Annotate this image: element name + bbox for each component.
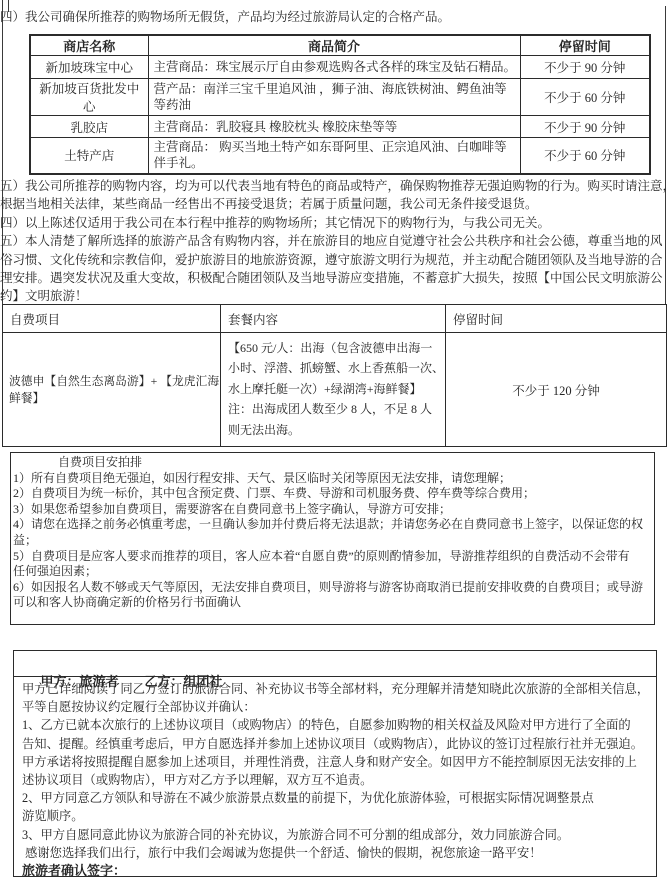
col-header-package-content: 套餐内容: [221, 305, 446, 333]
shop-name: 土特产店: [30, 138, 148, 174]
shopping-guarantee-clause: 四）我公司确保所推荐的购物场所无假货，产品均为经过旅游局认定的合格产品。: [0, 7, 450, 25]
col-header-stay-time: 停留时间: [520, 35, 650, 56]
shop-name: 乳胶店: [30, 116, 148, 138]
shop-table-row: 土特产店 主营商品： 购买当地土特产如东哥阿里、正宗追风油、白咖啡等伴手礼。 不…: [30, 138, 650, 174]
shop-table: 商店名称 商品简介 停留时间 新加坡珠宝中心 主营商品：珠宝展示厅自由参观选购各…: [29, 34, 651, 175]
col-header-product-intro: 商品简介: [148, 35, 520, 56]
stay-time: 不少于 60 分钟: [520, 138, 650, 174]
col-header-shop-name: 商店名称: [30, 35, 148, 56]
shop-products: 主营商品：珠宝展示厅自由参观选购各式各样的珠宝及钻石精品。: [148, 56, 520, 79]
shopping-notes-paragraph: 五）我公司所推荐的购物内容，均为可以代表当地有特色的商品或特产，确保购物推荐无强…: [0, 177, 670, 306]
agreement-body: 甲方已详细阅读了同乙方签订的旅游合同、补充协议书等全部材料，充分理解并清楚知晓此…: [14, 677, 656, 877]
shop-table-row: 新加坡珠宝中心 主营商品：珠宝展示厅自由参观选购各式各样的珠宝及钻石精品。 不少…: [30, 56, 650, 79]
stay-time: 不少于 90 分钟: [520, 116, 650, 138]
signature-label: 旅游者确认签字：: [22, 862, 656, 877]
stay-time: 不少于 90 分钟: [520, 56, 650, 79]
stay-time: 不少于 60 分钟: [520, 79, 650, 116]
selfpay-arrangement-title: 自费项目安拍排: [58, 455, 654, 471]
shop-products: 营产品：南洋三宝千里追风油 ，狮子油、海底铁树油、鳄鱼油等等药油: [148, 79, 520, 116]
col-header-stay-time: 停留时间: [446, 305, 667, 333]
agreement-terms: 甲方已详细阅读了同乙方签订的旅游合同、补充协议书等全部材料，充分理解并清楚知晓此…: [22, 680, 656, 862]
selfpay-arrangement-box: 自费项目安拍排 1）所有自费项目绝无强迫，如因行程安排、天气、景区临时关闭等原因…: [10, 452, 655, 625]
optional-tour-table: 自费项目 套餐内容 停留时间 波德申【自然生态离岛游】+ 【龙虎汇海鲜餐】 【6…: [2, 304, 667, 447]
shop-table-row: 新加坡百货批发中心 营产品：南洋三宝千里追风油 ，狮子油、海底铁树油、鳄鱼油等等…: [30, 79, 650, 116]
selfpay-item-name: 波德申【自然生态离岛游】+ 【龙虎汇海鲜餐】: [3, 333, 221, 447]
shop-name: 新加坡百货批发中心: [30, 79, 148, 116]
selfpay-arrangement-items: 1）所有自费项目绝无强迫，如因行程安排、天气、景区临时关闭等原因无法安排，请您理…: [13, 471, 654, 611]
contract-page: 四）我公司确保所推荐的购物场所无假货，产品均为经过旅游局认定的合格产品。 商店名…: [0, 0, 670, 883]
stay-time: 不少于 120 分钟: [446, 333, 667, 447]
agreement-box: 甲方：旅游者乙方：组团社 甲方已详细阅读了同乙方签订的旅游合同、补充协议书等全部…: [13, 650, 657, 877]
optional-table-header-row: 自费项目 套餐内容 停留时间: [3, 305, 667, 333]
optional-table-row: 波德申【自然生态离岛游】+ 【龙虎汇海鲜餐】 【650 元/人：出海（包含波德申…: [3, 333, 667, 447]
shop-name: 新加坡珠宝中心: [30, 56, 148, 79]
shop-table-header-row: 商店名称 商品简介 停留时间: [30, 35, 650, 56]
shop-products: 主营商品：乳胶寝具 橡胶枕头 橡胶床垫等等: [148, 116, 520, 138]
package-content: 【650 元/人：出海（包含波德申出海一小时、浮潜、抓螃蟹、水上香蕉船一次、水上…: [221, 333, 446, 447]
col-header-selfpay-item: 自费项目: [3, 305, 221, 333]
shop-table-row: 乳胶店 主营商品：乳胶寝具 橡胶枕头 橡胶床垫等等 不少于 90 分钟: [30, 116, 650, 138]
shop-products: 主营商品： 购买当地土特产如东哥阿里、正宗追风油、白咖啡等伴手礼。: [148, 138, 520, 174]
agreement-parties-header: 甲方：旅游者乙方：组团社: [14, 651, 656, 677]
